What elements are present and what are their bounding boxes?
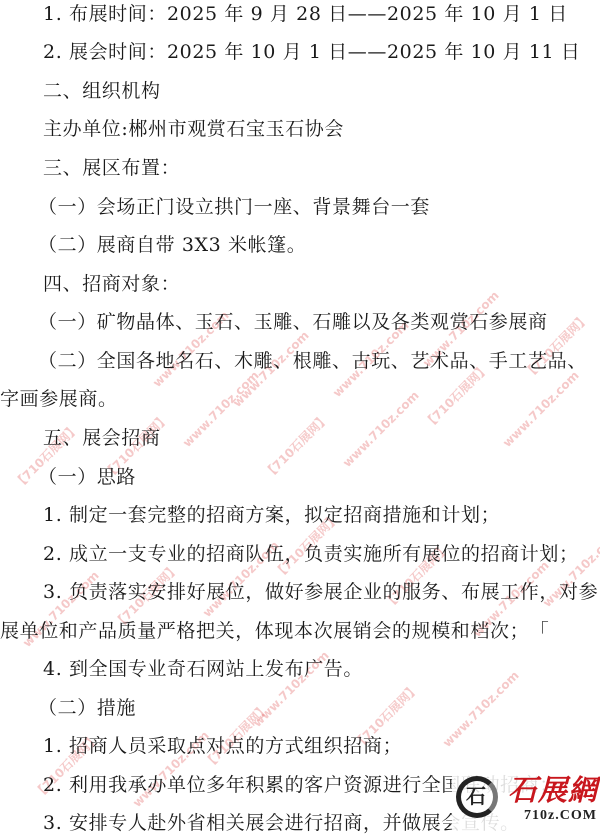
layout-item-1: （一）会场正门设立拱门一座、背景舞台一套 — [0, 195, 600, 219]
logo-name: 石展網 — [508, 774, 598, 806]
schedule-exhibition-line: 2. 展会时间：2025 年 10 月 1 日——2025 年 10 月 11 … — [0, 40, 600, 64]
logo-stone-icon: 石 — [466, 784, 484, 808]
target-item-2: （二）全国各地名石、木雕、根雕、古玩、艺术品、手工艺品、 — [0, 349, 600, 373]
ideas-item-4: 4. 到全国专业奇石网站上发布广告。 — [0, 657, 600, 681]
section-heading-layout: 三、展区布置： — [0, 156, 600, 180]
layout-item-2: （二）展商自带 3X3 米帐篷。 — [0, 233, 600, 257]
subheading-ideas: （一）思路 — [0, 465, 600, 489]
site-logo: 石 石展網 710z.COM — [452, 770, 600, 834]
ideas-item-2: 2. 成立一支专业的招商队伍，负责实施所有展位的招商计划； — [0, 542, 600, 566]
document-page: 【710石展网】 【710石展网】 www.710z.com 【710石展网】 … — [0, 0, 600, 834]
subheading-measures: （二）措施 — [0, 696, 600, 720]
section-heading-organization: 二、组织机构 — [0, 79, 600, 103]
ideas-item-1: 1. 制定一套完整的招商方案，拟定招商措施和计划； — [0, 503, 600, 527]
section-heading-targets: 四、招商对象： — [0, 272, 600, 296]
ideas-item-3-continued: 展单位和产品质量严格把关，体现本次展销会的规模和档次； 「 — [0, 619, 600, 643]
logo-domain: 710z.COM — [524, 808, 597, 824]
target-item-1: （一）矿物晶体、玉石、玉雕、石雕以及各类观赏石参展商 — [0, 310, 600, 334]
section-heading-recruitment: 五、展会招商 — [0, 426, 600, 450]
schedule-setup-line: 1. 布展时间：2025 年 9 月 28 日——2025 年 10 月 1 日 — [0, 2, 600, 26]
ideas-item-3: 3. 负责落实安排好展位，做好参展企业的服务、布展工作，对参 — [0, 580, 600, 604]
target-item-2-continued: 字画参展商。 — [0, 387, 600, 411]
measures-item-1: 1. 招商人员采取点对点的方式组织招商； — [0, 734, 600, 758]
host-unit-line: 主办单位:郴州市观赏石宝玉石协会 — [0, 117, 600, 141]
